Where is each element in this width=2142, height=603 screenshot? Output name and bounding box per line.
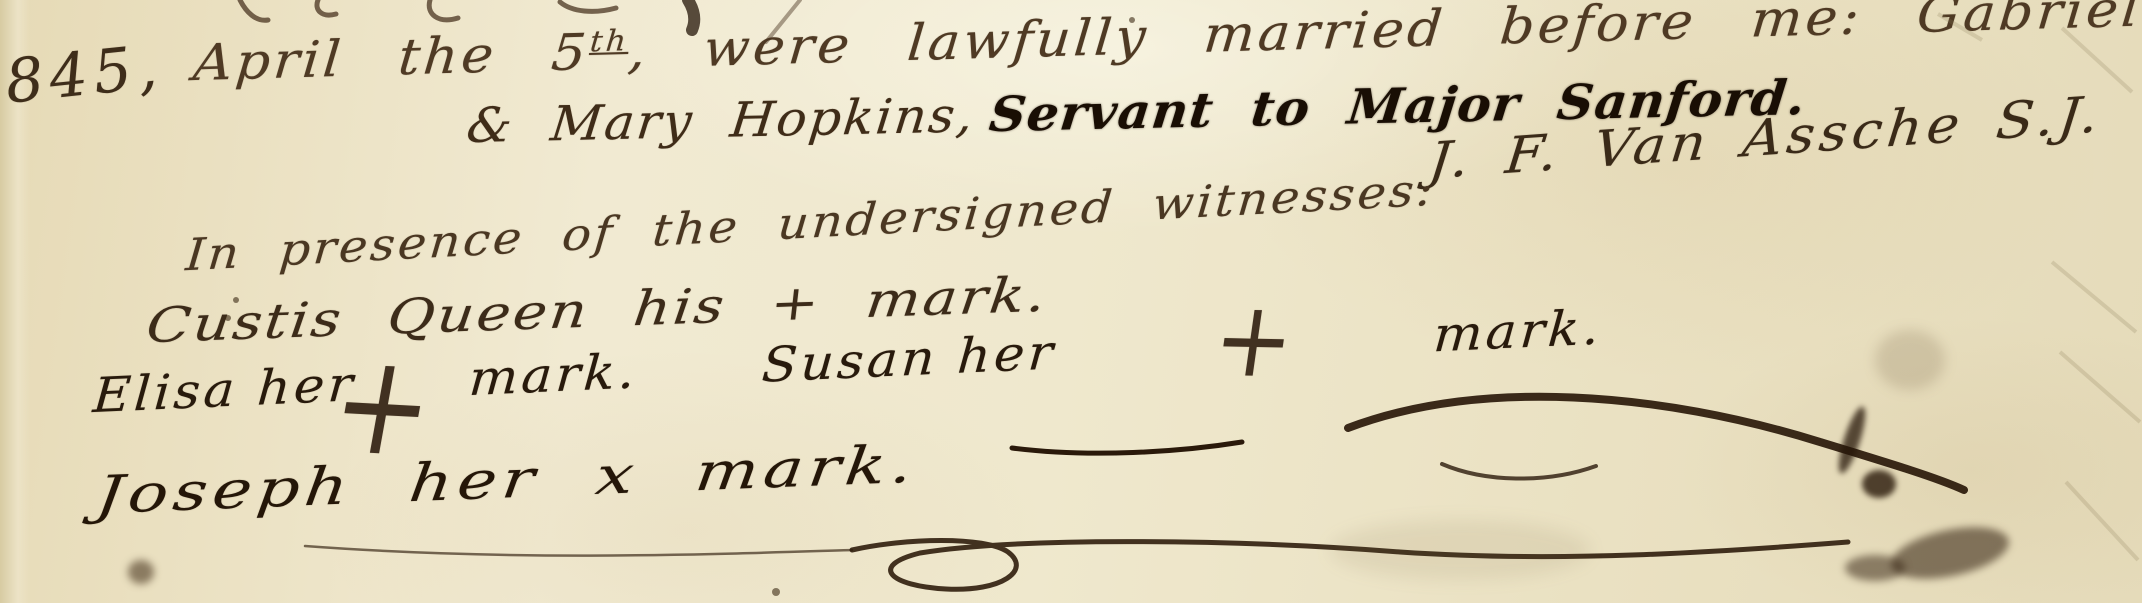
marriage-statement-line: April the 5th, were lawfully married bef…: [191, 0, 2142, 92]
marriage-statement: , were lawfully married before me: Gabri…: [626, 0, 2142, 80]
witness-susan-name: Susan her: [760, 324, 1058, 394]
witness-susan-mark-word: mark.: [1432, 299, 1605, 363]
ink-smudge-cluster-2: [1845, 555, 1905, 581]
ordinal-suffix: th: [589, 23, 631, 58]
ink-smudge-streak: [1834, 404, 1871, 476]
joseph-mark-flourish: [305, 541, 1848, 590]
witness-intro-line: In presence of the undersigned witnesses…: [184, 165, 1438, 282]
susan-cross-mark: +: [1207, 286, 1304, 392]
bleed-through-patch: [1875, 330, 1945, 390]
bride-name: & Mary Hopkins,: [464, 87, 978, 154]
register-page: 845, April the 5th, were lawfully marrie…: [0, 0, 2142, 603]
susan-mark-dash: [1012, 442, 1242, 453]
ink-smudge-bottom-left: [128, 560, 154, 584]
paper-stain: [1330, 520, 1590, 580]
margin-year: 845,: [2, 32, 166, 118]
ink-smudge-blot: [1862, 470, 1896, 498]
witness-elisa-mark-word: mark.: [467, 343, 640, 407]
witness-joseph-line: Joseph her x mark.: [93, 434, 921, 526]
marriage-date: April the 5: [191, 23, 592, 92]
ink-smudge-cluster: [1887, 518, 2014, 588]
witness-elisa-name: Elisa her: [91, 356, 358, 424]
